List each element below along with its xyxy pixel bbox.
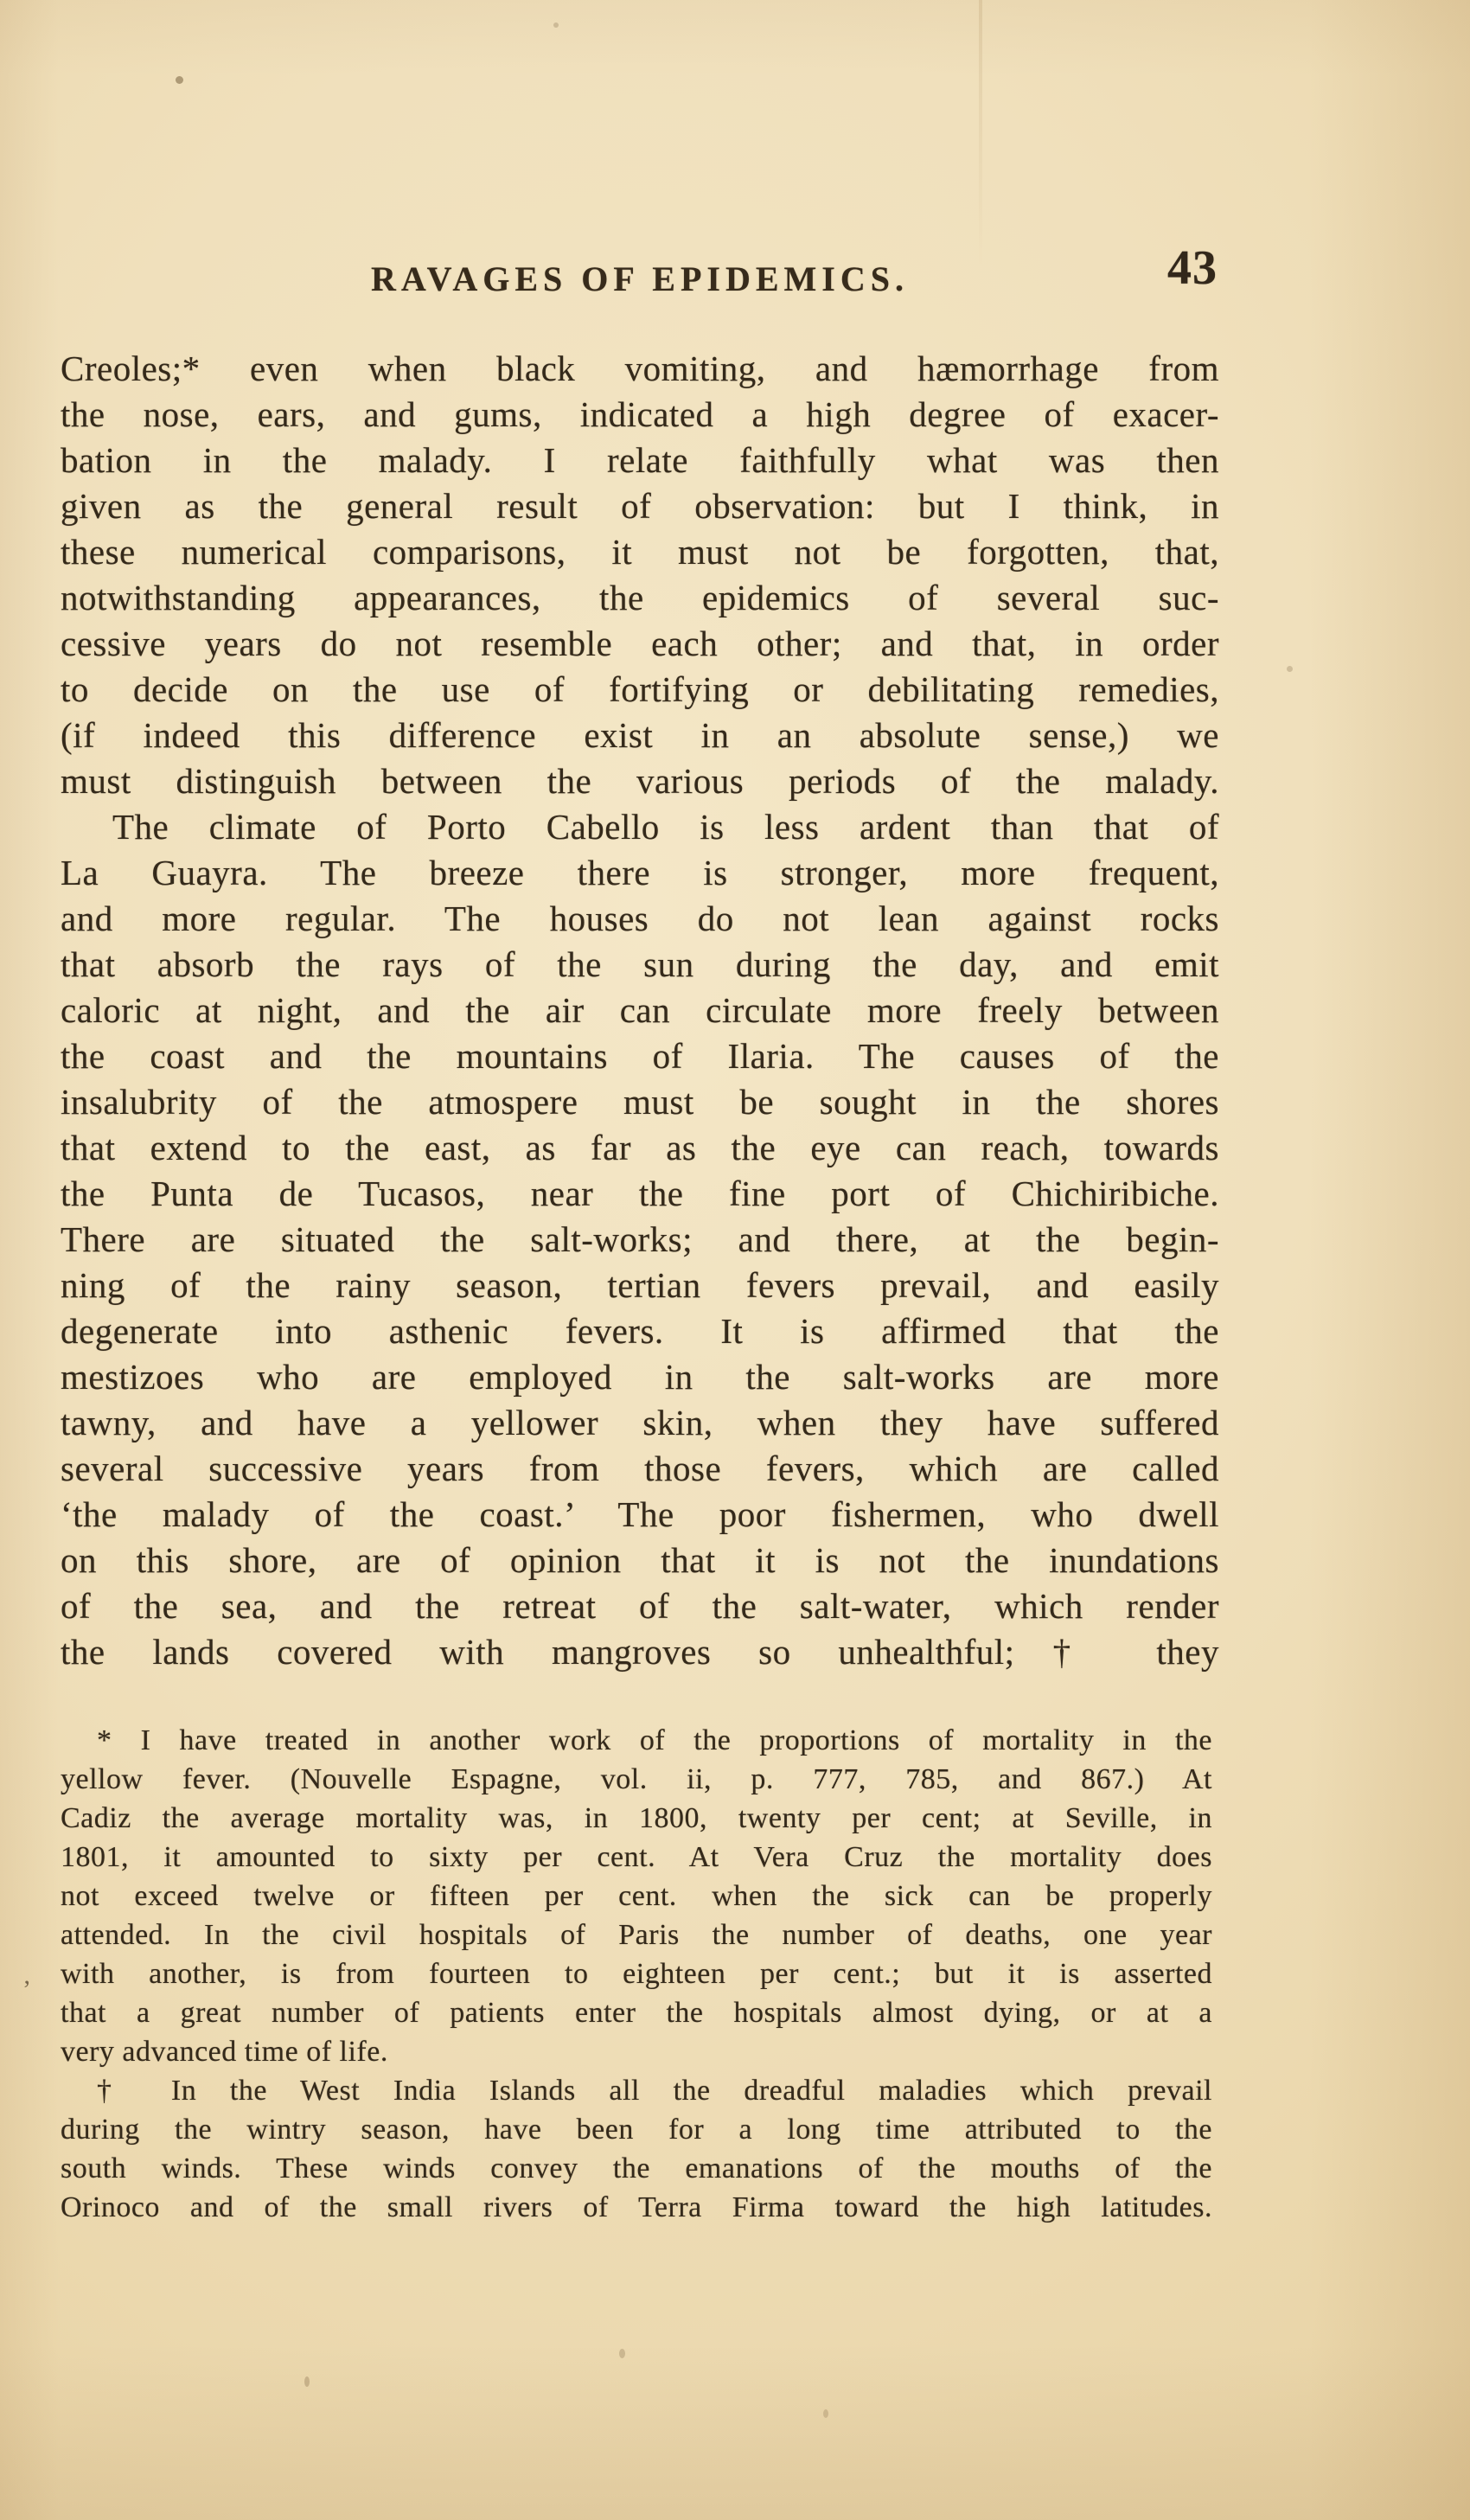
paper-speck <box>1287 666 1293 672</box>
body-text: Creoles;* even when black vomiting, and … <box>61 346 1219 1675</box>
footnote-line: Orinoco and of the small rivers of Terra… <box>61 2188 1212 2227</box>
text-line: the coast and the mountains of Ilaria. T… <box>61 1033 1219 1079</box>
text-line: degenerate into asthenic fevers. It is a… <box>61 1308 1219 1354</box>
footnote-line: 1801, it amounted to sixty per cent. At … <box>61 1838 1212 1877</box>
text-line: the nose, ears, and gums, indicated a hi… <box>61 392 1219 438</box>
footnote-line: yellow fever. (Nouvelle Espagne, vol. ii… <box>61 1760 1212 1799</box>
margin-stray-mark: ’ <box>22 1975 31 2005</box>
text-line: The climate of Porto Cabello is less ard… <box>61 804 1219 850</box>
text-line: La Guayra. The breeze there is stronger,… <box>61 850 1219 896</box>
text-line: tawny, and have a yellower skin, when th… <box>61 1400 1219 1446</box>
footnote-line: during the wintry season, have been for … <box>61 2110 1212 2149</box>
page-number: 43 <box>1167 240 1218 296</box>
text-line: There are situated the salt-works; and t… <box>61 1217 1219 1263</box>
text-line: these numerical comparisons, it must not… <box>61 529 1219 575</box>
text-line: several successive years from those feve… <box>61 1446 1219 1492</box>
text-line: on this shore, are of opinion that it is… <box>61 1538 1219 1583</box>
text-line: to decide on the use of fortifying or de… <box>61 667 1219 713</box>
text-line: caloric at night, and the air can circul… <box>61 988 1219 1033</box>
footnote-line: † In the West India Islands all the drea… <box>61 2071 1212 2110</box>
paper-speck <box>553 22 559 28</box>
footnote-line: very advanced time of life. <box>61 2032 1212 2071</box>
footnote-line: attended. In the civil hospitals of Pari… <box>61 1916 1212 1954</box>
running-title: RAVAGES OF EPIDEMICS. <box>61 259 1219 299</box>
paper-speck <box>823 2409 828 2418</box>
text-line: ‘the malady of the coast.’ The poor fish… <box>61 1492 1219 1538</box>
text-line: of the sea, and the retreat of the salt-… <box>61 1583 1219 1629</box>
text-line: Creoles;* even when black vomiting, and … <box>61 346 1219 392</box>
footnote-line: with another, is from fourteen to eighte… <box>61 1954 1212 1993</box>
text-line: notwithstanding appearances, the epidemi… <box>61 575 1219 621</box>
footnote-line: that a great number of patients enter th… <box>61 1993 1212 2032</box>
text-line: the Punta de Tucasos, near the fine port… <box>61 1171 1219 1217</box>
footnotes: * I have treated in another work of the … <box>61 1721 1212 2227</box>
text-line: (if indeed this difference exist in an a… <box>61 713 1219 758</box>
text-line: bation in the malady. I relate faithfull… <box>61 438 1219 483</box>
footnote-line: Cadiz the average mortality was, in 1800… <box>61 1799 1212 1838</box>
text-line: and more regular. The houses do not lean… <box>61 896 1219 942</box>
text-line: that absorb the rays of the sun during t… <box>61 942 1219 988</box>
paper-speck <box>619 2349 625 2358</box>
paper-speck <box>304 2376 310 2387</box>
footnote-line: not exceed twelve or fifteen per cent. w… <box>61 1877 1212 1916</box>
book-page-scan: RAVAGES OF EPIDEMICS. 43 Creoles;* even … <box>0 0 1470 2520</box>
footnote-line: south winds. These winds convey the eman… <box>61 2149 1212 2188</box>
text-line: cessive years do not resemble each other… <box>61 621 1219 667</box>
text-line: must distinguish between the various per… <box>61 758 1219 804</box>
text-line: insalubrity of the atmospere must be sou… <box>61 1079 1219 1125</box>
text-line: ning of the rainy season, tertian fevers… <box>61 1263 1219 1308</box>
footnote-line: * I have treated in another work of the … <box>61 1721 1212 1760</box>
paper-crease <box>979 0 982 268</box>
paper-speck <box>176 76 183 84</box>
text-line: mestizoes who are employed in the salt-w… <box>61 1354 1219 1400</box>
text-line: that extend to the east, as far as the e… <box>61 1125 1219 1171</box>
text-line: given as the general result of observati… <box>61 483 1219 529</box>
text-line: the lands covered with mangroves so unhe… <box>61 1629 1219 1675</box>
